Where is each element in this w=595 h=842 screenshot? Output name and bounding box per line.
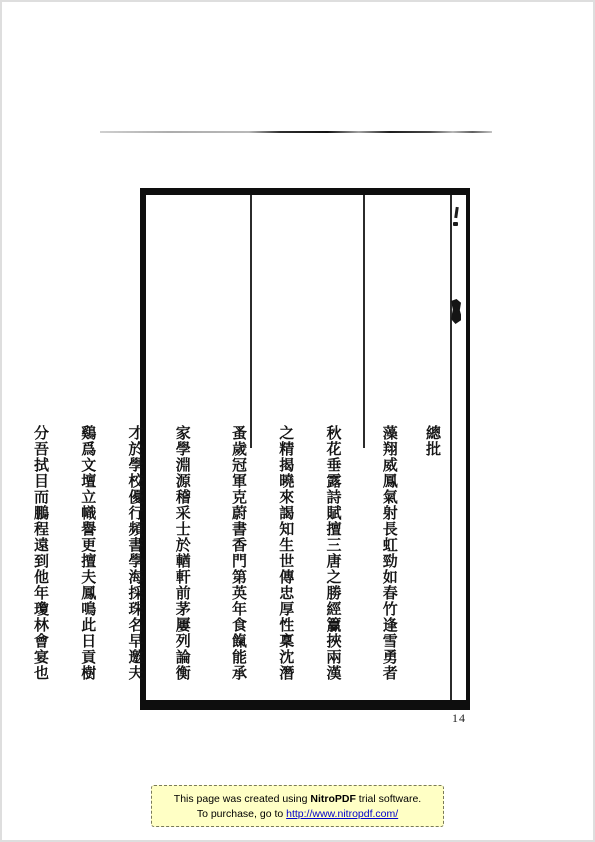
scan-artifact-line [100, 131, 492, 133]
frame-inner: 總批 藻翔威鳳氣射長虹勁如春竹逢雪勇者 秋花垂露詩賦擅三唐之勝經籯挾兩漢 之精揭… [146, 195, 466, 700]
watermark-line1-prefix: This page was created using [174, 793, 311, 805]
nitropdf-watermark: This page was created using NitroPDF tri… [151, 785, 444, 827]
column-rule-left [250, 195, 252, 448]
text-column: 家學淵源稽采士於輶軒前茅屢列論衡 [173, 425, 208, 701]
text-column: 秋花垂露詩賦擅三唐之勝經籯挾兩漢 [323, 425, 358, 701]
watermark-line2-prefix: To purchase, go to [197, 808, 286, 820]
text-column: 名而雁塔高題生其勉旃予殷望焉 [0, 425, 19, 701]
nitropdf-link[interactable]: http://www.nitropdf.com/ [286, 808, 398, 820]
partial-glyph-dot [453, 222, 458, 226]
partial-glyph-blob [451, 299, 461, 324]
page-number: 14 [452, 711, 466, 726]
text-column: 鷄爲文壇立幟譽更擅夫鳳鳴此日貢樹 [78, 425, 113, 701]
partial-glyph-stroke [454, 207, 459, 218]
column-rule-middle [363, 195, 365, 448]
text-column: 之精揭曉來謁知生世傳忠厚性稟沈潛 [276, 425, 311, 701]
watermark-brand: NitroPDF [310, 793, 356, 805]
gutter-rule-right [450, 195, 452, 700]
watermark-line1: This page was created using NitroPDF tri… [174, 793, 421, 805]
watermark-line1-suffix: trial software. [356, 793, 421, 805]
text-column: 藻翔威鳳氣射長虹勁如春竹逢雪勇者 [380, 425, 415, 701]
scanned-page-frame: 總批 藻翔威鳳氣射長虹勁如春竹逢雪勇者 秋花垂露詩賦擅三唐之勝經籯挾兩漢 之精揭… [140, 188, 470, 710]
text-column: 蚤歲冠軍克蔚書香門第英年食餼能承 [229, 425, 264, 701]
section-heading: 總批 [423, 425, 440, 701]
text-column: 才於學校優行頻書學海採珠名早邀夫 [125, 425, 160, 701]
text-column: 分吾拭目而鵬程遠到他年瓊林會宴也 [31, 425, 66, 701]
vertical-text-block: 總批 藻翔威鳳氣射長虹勁如春竹逢雪勇者 秋花垂露詩賦擅三唐之勝經籯挾兩漢 之精揭… [0, 425, 440, 701]
watermark-line2: To purchase, go to http://www.nitropdf.c… [197, 808, 398, 820]
